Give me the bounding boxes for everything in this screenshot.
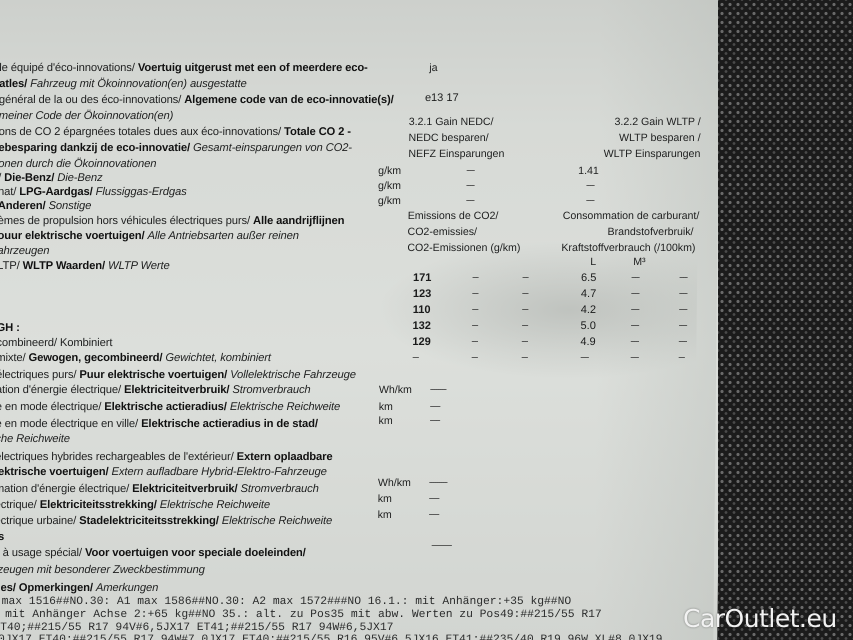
wltp-gain-value: ---- [586, 180, 594, 190]
nedc-gain-value: ---- [466, 165, 474, 175]
label-fr: mixte/ [0, 352, 29, 364]
watermark: CarOutlet.eu [683, 604, 837, 633]
label-de: Fahrzeug mit Ökoinnovation(en) ausgestat… [30, 78, 247, 90]
wltp-gain-value: ---- [586, 195, 594, 205]
label-nl: Extern oplaadbare [237, 451, 333, 463]
label-de: Extern aufladbare Hybrid-Elektro-Fahrzeu… [111, 466, 326, 478]
form-label-row: lektrische voertuigen/ Extern aufladbare… [0, 466, 327, 479]
label-de: Stromverbrauch [232, 384, 310, 396]
label-nl: ebesparing dankzij de eco-innovatie/ [0, 142, 193, 154]
form-label-row: ouur elektrische voertuigen/ Alle Antrie… [0, 230, 299, 243]
label-fr: e en mode électrique/ [0, 401, 104, 413]
unit-label: km [379, 415, 393, 428]
form-label-row: le équipé d'éco-innovations/ Voertuig ui… [0, 62, 368, 75]
form-label-row: électriques hybrides rechargeables de l'… [0, 451, 333, 464]
label-fr: LTP/ [0, 260, 23, 272]
label-de: WLTP Werte [108, 260, 170, 272]
label-de: che Reichweite [0, 433, 70, 445]
label-nl: Elektriciteitsstrekking/ [40, 499, 160, 511]
label-de: Gewichtet, kombiniert [165, 352, 271, 364]
value-placeholder: --------- [429, 477, 447, 487]
label-nl: GH : [0, 322, 20, 334]
label-nl: Voor voertuigen voor speciale doeleinden… [85, 547, 306, 559]
form-label-row: Anderen/ Sonstige [0, 200, 91, 213]
label-nl: Algemene code van de eco-innovatie(s)/ [184, 94, 394, 106]
form-label-row: e en mode électrique/ Elektrische actier… [0, 401, 340, 414]
remark-line: ,0JX17 ET40;##215/55 R17 94W#7,0JX17 ET4… [0, 634, 663, 640]
label-nl: Elektrische actieradius in de stad/ [141, 418, 318, 430]
label-fr: s à usage spécial/ [0, 547, 85, 559]
eco-innovation-value: ja [429, 62, 437, 75]
label-nl: Puur elektrische voertuigen/ [79, 369, 230, 381]
form-label-row: èmes de propulsion hors véhicules électr… [0, 215, 344, 228]
eco-code-value: e13 17 [425, 92, 459, 105]
label-nl: Gewogen, gecombineerd/ [28, 352, 165, 364]
label-de: Vollelektrische Fahrzeuge [230, 369, 356, 381]
value-placeholder: ----- [430, 415, 440, 425]
label-nl: ts [0, 531, 4, 543]
label-de: Gesamt-einsparungen von CO2- [193, 142, 352, 154]
form-label-row: ebesparing dankzij de eco-innovatie/ Ges… [0, 142, 352, 155]
label-nl: Voertuig uitgerust met een of meerdere e… [138, 62, 368, 74]
form-label-row: ectrique/ Elektriciteitsstrekking/ Elekt… [0, 499, 270, 512]
label-de: Sonstige [48, 200, 91, 212]
form-label-row: LTP/ WLTP Waarden/ WLTP Werte [0, 260, 170, 273]
form-label-row: che Reichweite [0, 433, 70, 446]
form-label-row: ectrique urbaine/ Stadelektriciteitsstre… [0, 515, 332, 528]
unit-label: km [379, 401, 393, 414]
form-label-row: GH : [0, 322, 20, 335]
label-de: Flussiggas-Erdgas [96, 186, 187, 198]
label-nl: Elektriciteitverbruik/ [132, 483, 241, 495]
label-fr: électriques hybrides rechargeables de l'… [0, 451, 237, 463]
label-nl: ues/ Opmerkingen/ [0, 582, 96, 594]
value-placeholder: -------- [430, 384, 446, 394]
label-nl: atles/ [0, 78, 30, 90]
label-fr: nat/ [0, 186, 19, 198]
unit-liters: L [590, 256, 596, 269]
form-label-row: ation d'énergie électrique/ Elektricitei… [0, 384, 311, 397]
label-nl: Anderen/ [0, 200, 49, 212]
label-fr: ation d'énergie électrique/ [0, 384, 124, 396]
label-nl: lektrische voertuigen/ [0, 466, 112, 478]
label-de: ahrzeugen [0, 245, 49, 257]
label-fr: mation d'énergie électrique/ [0, 483, 132, 495]
label-nl: LPG-Aardgas/ [19, 186, 96, 198]
label-nl: Elektriciteitverbruik/ [124, 384, 233, 396]
form-label-row: atles/ Fahrzeug mit Ökoinnovation(en) au… [0, 78, 247, 91]
form-label-row: nat/ LPG-Aardgas/ Flussiggas-Erdgas [0, 186, 187, 199]
label-de: Elektrische Reichweite [222, 515, 332, 527]
label-de: rzeugen mit besonderer Zweckbestimmung [0, 564, 205, 576]
document-page: le équipé d'éco-innovations/ Voertuig ui… [0, 0, 724, 640]
unit-label: km [378, 509, 392, 522]
label-fr: général de la ou des éco-innovations/ [0, 94, 184, 106]
label-nl: Stadelektriciteitsstrekking/ [79, 515, 222, 527]
label-nl: Elektrische actieradius/ [104, 401, 230, 413]
unit-label: Wh/km [378, 477, 411, 490]
label-de: onen durch die Ökoinnovationen [0, 158, 156, 170]
label-fr: électriques purs/ [0, 369, 80, 381]
unit-label: Wh/km [379, 384, 412, 397]
label-fr: ectrique urbaine/ [0, 515, 79, 527]
value-placeholder: ----- [429, 509, 439, 519]
label-nl: Alle aandrijflijnen [253, 215, 344, 227]
value-placeholder: ----- [430, 401, 440, 411]
label-de: meiner Code der Ökoinnovation(en) [0, 110, 173, 122]
special-purpose-value: ---------- [431, 540, 451, 550]
form-label-row: ahrzeugen [0, 245, 49, 258]
label-nl: ouur elektrische voertuigen/ [0, 230, 148, 242]
label-fr: combineerd/ Kombiniert [0, 337, 112, 349]
label-nl: Totale CO 2 - [284, 126, 351, 138]
unit-cubic-meters: M³ [633, 256, 645, 269]
form-label-row: mation d'énergie électrique/ Elektricite… [0, 483, 319, 496]
form-label-row: mixte/ Gewogen, gecombineerd/ Gewichtet,… [0, 352, 271, 365]
form-label-row: onen durch die Ökoinnovationen [0, 158, 156, 171]
label-fr: ectrique/ [0, 499, 40, 511]
unit-label: g/km [378, 180, 401, 193]
form-label-row: combineerd/ Kombiniert [0, 337, 112, 350]
remark-line: max 1516##NO.30: A1 max 1586##NO.30: A2 … [2, 596, 572, 609]
label-fr: le équipé d'éco-innovations/ [0, 62, 138, 74]
form-label-row: général de la ou des éco-innovations/ Al… [0, 94, 394, 107]
form-label-row: rzeugen mit besonderer Zweckbestimmung [0, 564, 205, 577]
remark-line: : mit Anhänger Achse 2:+65 kg##NO 35.: a… [0, 609, 602, 622]
seat-fabric-background [718, 0, 853, 640]
unit-label: km [378, 493, 392, 506]
label-de: Elektrische Reichweite [160, 499, 270, 511]
form-label-row: / Die-Benz/ Die-Benz [0, 172, 103, 185]
form-label-row: ues/ Opmerkingen/ Amerkungen [0, 582, 158, 595]
nedc-gain-value: ---- [466, 180, 474, 190]
unit-label: g/km [378, 165, 401, 178]
label-nl: Die-Benz/ [4, 172, 57, 184]
label-de: Stromverbrauch [241, 483, 319, 495]
value-placeholder: ----- [429, 493, 439, 503]
form-label-row: ons de CO 2 épargnées totales dues aux é… [0, 126, 351, 139]
unit-label: g/km [378, 195, 401, 208]
label-de: Amerkungen [96, 582, 159, 594]
label-fr: ons de CO 2 épargnées totales dues aux é… [0, 126, 284, 138]
form-label-row: s à usage spécial/ Voor voertuigen voor … [0, 547, 306, 560]
label-nl: WLTP Waarden/ [23, 260, 109, 272]
form-label-row: ts [0, 531, 4, 544]
label-fr: èmes de propulsion hors véhicules électr… [0, 215, 253, 227]
label-fr: e en mode électrique en ville/ [0, 418, 141, 430]
label-de: Die-Benz [57, 172, 102, 184]
form-label-row: e en mode électrique en ville/ Elektrisc… [0, 418, 318, 431]
form-label-row: électriques purs/ Puur elektrische voert… [0, 369, 356, 382]
wltp-gain-value: 1.41 [578, 165, 599, 178]
nedc-gain-value: ---- [466, 195, 474, 205]
label-de: Elektrische Reichweite [230, 401, 340, 413]
label-de: Alle Antriebsarten außer reinen [148, 230, 299, 242]
form-label-row: meiner Code der Ökoinnovation(en) [0, 110, 173, 123]
